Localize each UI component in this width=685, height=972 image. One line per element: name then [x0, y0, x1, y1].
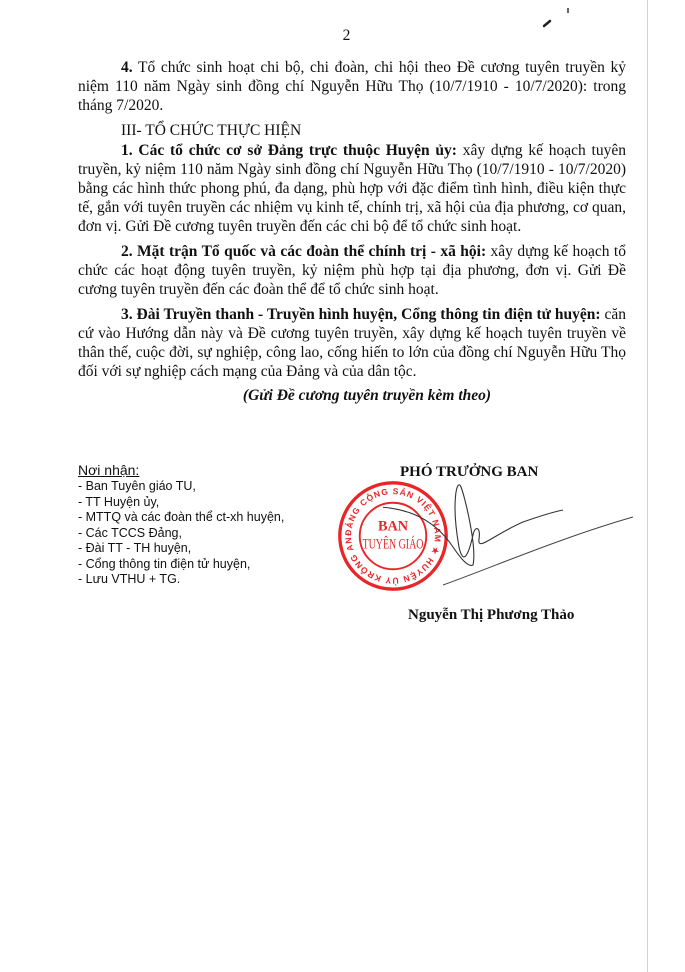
- item-4-number: 4.: [121, 59, 133, 76]
- item-4-text: Tổ chức sinh hoạt chi bộ, chi đoàn, chi …: [78, 59, 626, 114]
- document-body: 4. Tổ chức sinh hoạt chi bộ, chi đoàn, c…: [78, 58, 626, 405]
- section-item-2-lead: 2. Mặt trận Tổ quốc và các đoàn thể chín…: [121, 243, 486, 260]
- recipients-title: Nơi nhận:: [78, 462, 284, 479]
- section-item-3: 3. Đài Truyền thanh - Truyền hình huyện,…: [78, 305, 626, 381]
- footer-block: Nơi nhận: - Ban Tuyên giáo TU, - TT Huyệ…: [78, 462, 638, 632]
- recipient-item: - MTTQ và các đoàn thể ct-xh huyện,: [78, 510, 284, 526]
- recipient-item: - Đài TT - TH huyện,: [78, 541, 284, 557]
- recipient-item: - Lưu VTHU + TG.: [78, 572, 284, 588]
- page-edge-line: [647, 0, 648, 972]
- recipient-item: - TT Huyện ủy,: [78, 495, 284, 511]
- signer-name: Nguyễn Thị Phương Thảo: [408, 607, 574, 624]
- attachment-note: (Gửi Đề cương tuyên truyền kèm theo): [78, 386, 626, 405]
- recipient-item: - Các TCCS Đảng,: [78, 526, 284, 542]
- section-item-1: 1. Các tổ chức cơ sở Đảng trực thuộc Huy…: [78, 141, 626, 236]
- page-number: 2: [0, 27, 685, 45]
- section-item-3-lead: 3. Đài Truyền thanh - Truyền hình huyện,…: [121, 306, 601, 323]
- recipients-list: - Ban Tuyên giáo TU, - TT Huyện ủy, - MT…: [78, 479, 284, 588]
- section-item-1-lead: 1. Các tổ chức cơ sở Đảng trực thuộc Huy…: [121, 142, 457, 159]
- recipient-item: - Ban Tuyên giáo TU,: [78, 479, 284, 495]
- recipients-block: Nơi nhận: - Ban Tuyên giáo TU, - TT Huyệ…: [78, 462, 284, 588]
- section-heading: III- TỔ CHỨC THỰC HIỆN: [78, 121, 626, 140]
- handwritten-signature: [383, 477, 643, 597]
- recipient-item: - Cổng thông tin điện tử huyện,: [78, 557, 284, 573]
- section-item-2: 2. Mặt trận Tổ quốc và các đoàn thể chín…: [78, 242, 626, 299]
- item-4-paragraph: 4. Tổ chức sinh hoạt chi bộ, chi đoàn, c…: [78, 58, 626, 115]
